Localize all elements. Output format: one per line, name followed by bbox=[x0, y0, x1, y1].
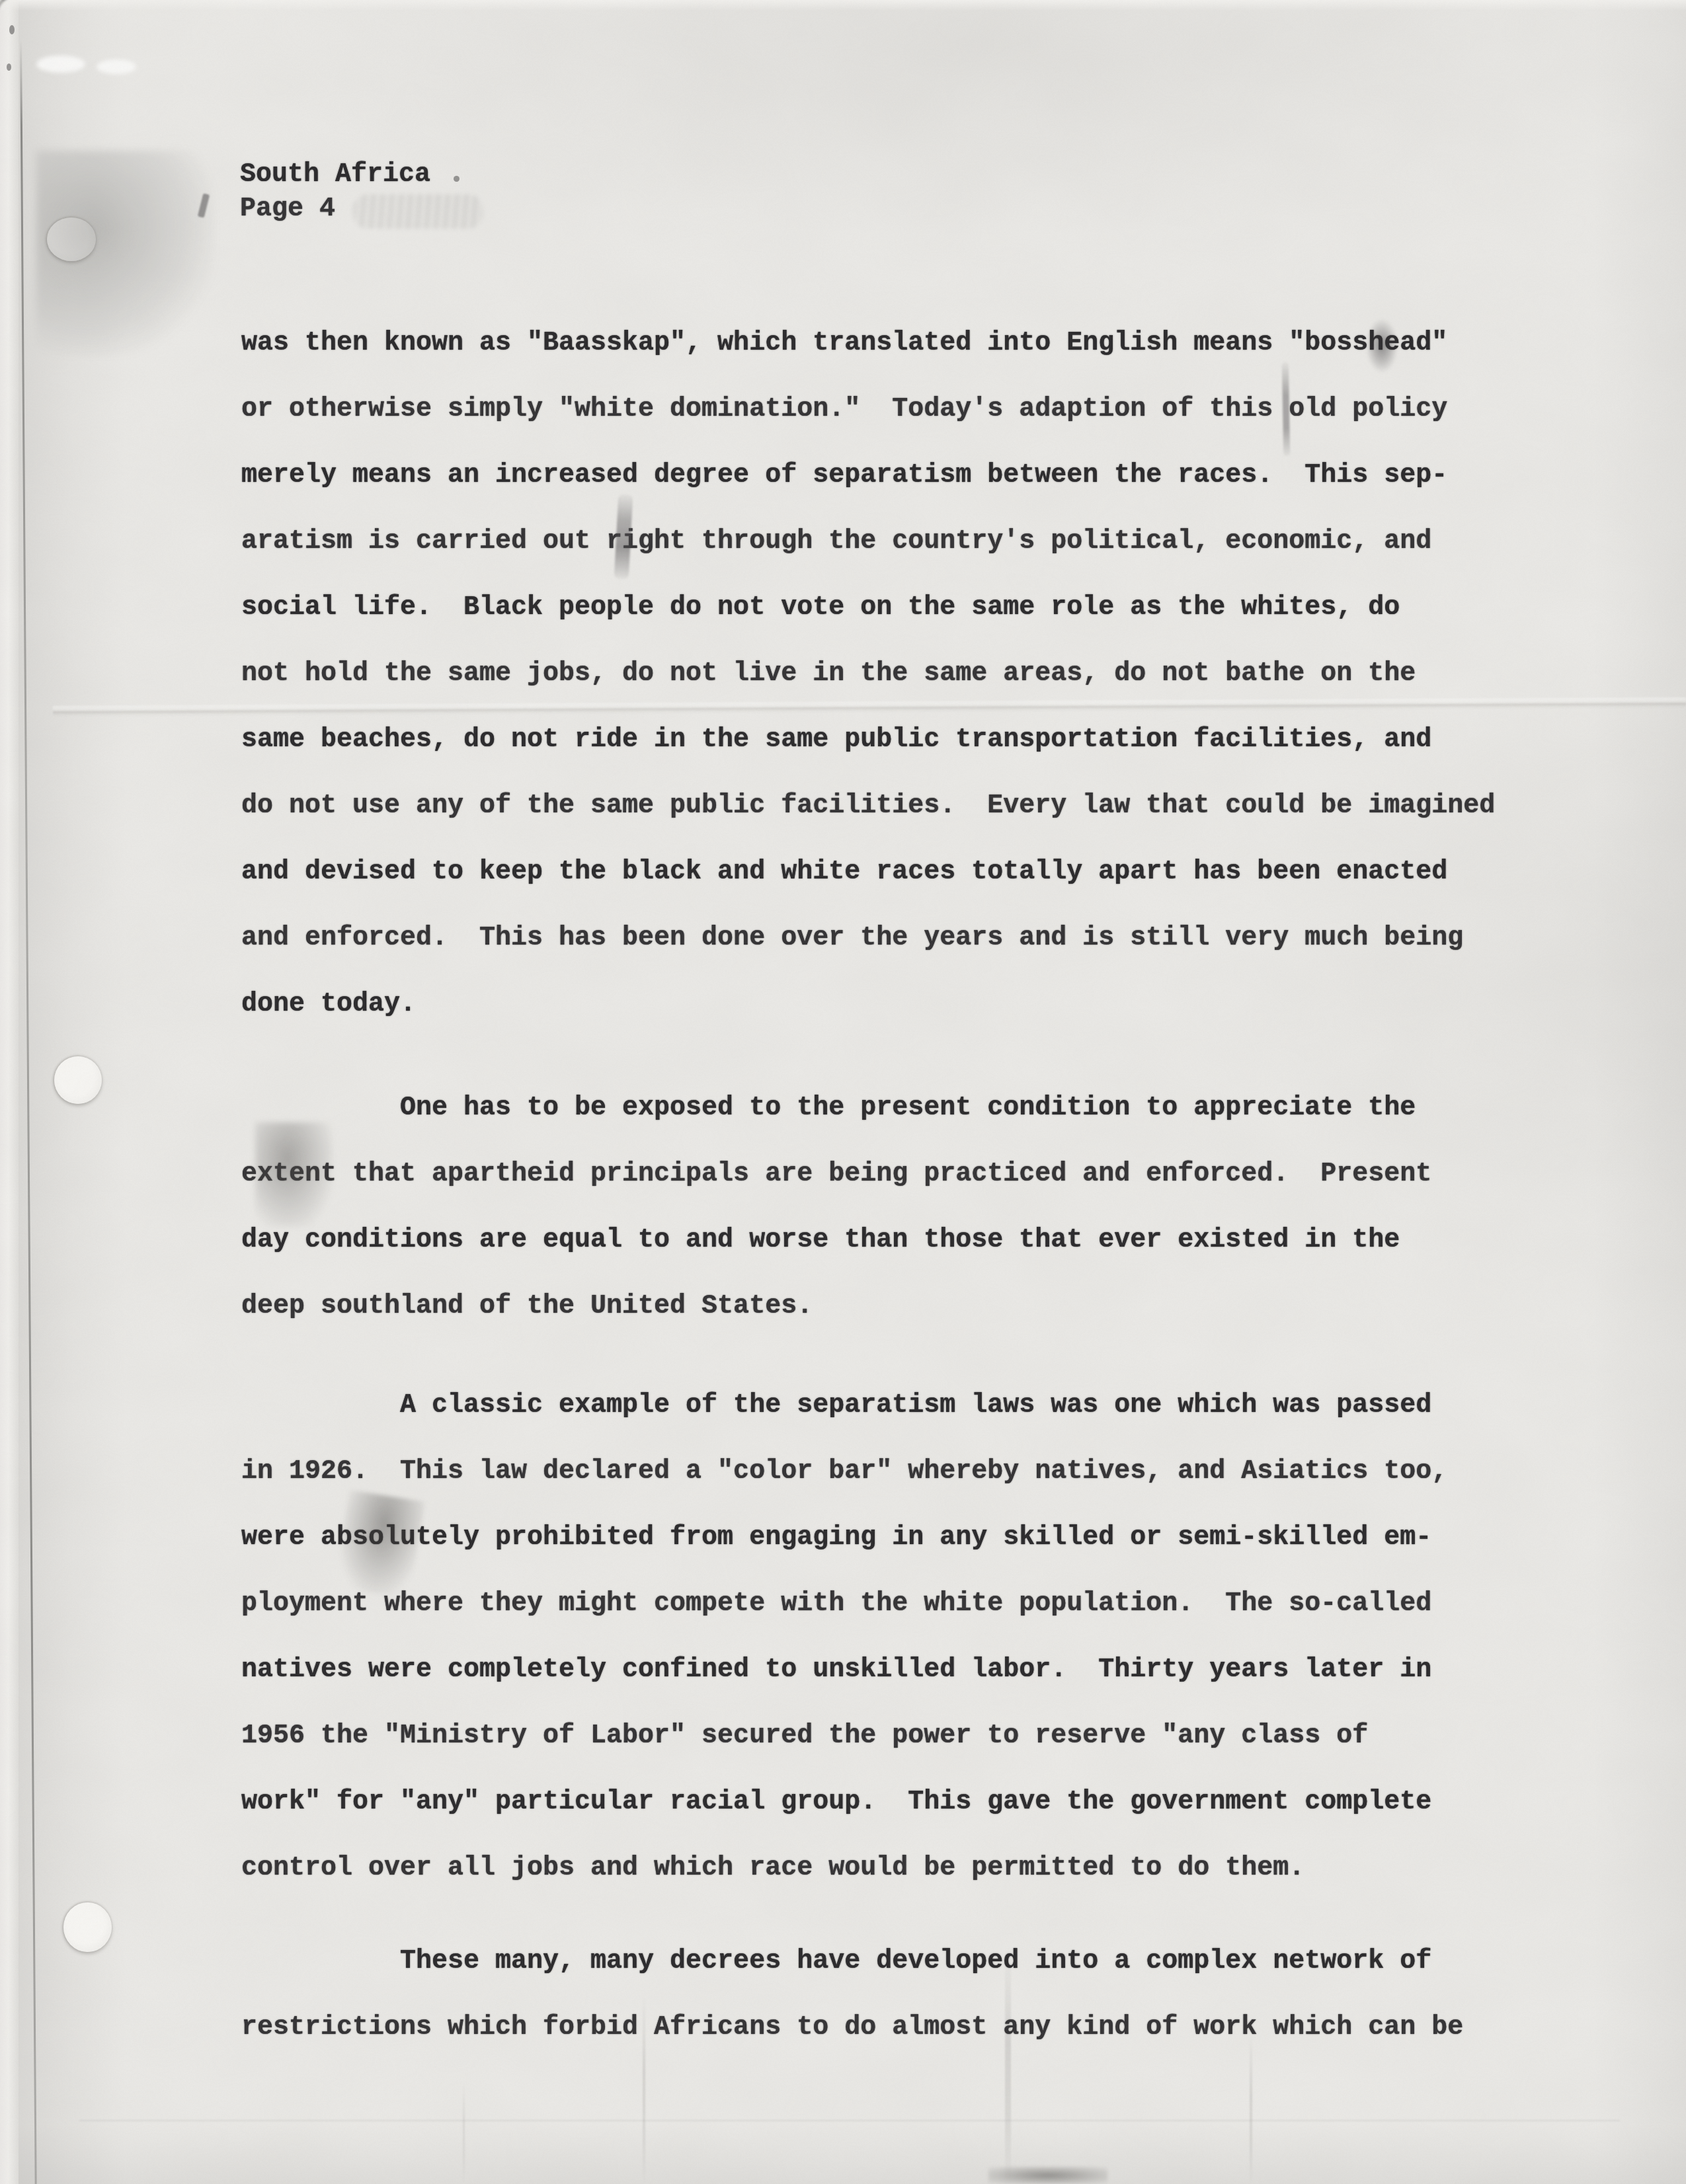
text-line: social life. Black people do not vote on… bbox=[241, 575, 1495, 641]
scanner-edge-strip bbox=[0, 0, 19, 2184]
document-page: South Africa Page 4 was then known as "B… bbox=[0, 0, 1686, 2184]
text-line: extent that apartheid principals are bei… bbox=[241, 1142, 1431, 1208]
text-line: control over all jobs and which race wou… bbox=[241, 1836, 1447, 1902]
text-line: ployment where they might compete with t… bbox=[241, 1571, 1447, 1637]
paragraph-4: These many, many decrees have developed … bbox=[241, 1929, 1463, 2061]
smudge-over-extent bbox=[255, 1122, 332, 1227]
crease-streak bbox=[463, 2082, 465, 2184]
text-line: in 1926. This law declared a "color bar"… bbox=[241, 1439, 1447, 1505]
text-line: same beaches, do not ride in the same pu… bbox=[241, 707, 1495, 773]
page-corner-shadow bbox=[0, 0, 46, 37]
smudge-over-absolutely bbox=[334, 1490, 425, 1598]
text-line: deep southland of the United States. bbox=[241, 1274, 1431, 1340]
paragraph-2: One has to be exposed to the present con… bbox=[241, 1075, 1431, 1340]
faint-scan-line bbox=[79, 2120, 1620, 2121]
toner-smudge-header bbox=[36, 151, 215, 356]
paragraph-1: was then known as "Baasskap", which tran… bbox=[241, 311, 1495, 1038]
text-line: natives were completely confined to unsk… bbox=[241, 1637, 1447, 1703]
text-line: done today. bbox=[241, 972, 1495, 1038]
ink-speck bbox=[454, 176, 460, 182]
text-line: These many, many decrees have developed … bbox=[241, 1929, 1463, 1995]
text-line: A classic example of the separatism laws… bbox=[241, 1373, 1447, 1439]
ink-speck bbox=[9, 25, 15, 34]
text-line: 1956 the "Ministry of Labor" secured the… bbox=[241, 1703, 1447, 1770]
header-page-number: Page 4 bbox=[240, 192, 430, 227]
hole-punch-middle bbox=[54, 1056, 102, 1104]
text-line: was then known as "Baasskap", which tran… bbox=[241, 311, 1495, 377]
text-line: do not use any of the same public facili… bbox=[241, 773, 1495, 839]
page-header: South Africa Page 4 bbox=[240, 158, 430, 227]
paragraph-3: A classic example of the separatism laws… bbox=[241, 1373, 1447, 1902]
tape-mark bbox=[36, 56, 85, 73]
text-line: day conditions are equal to and worse th… bbox=[241, 1208, 1431, 1274]
text-line: and devised to keep the black and white … bbox=[241, 839, 1495, 906]
text-line: merely means an increased degree of sepa… bbox=[241, 443, 1495, 509]
text-line: restrictions which forbid Africans to do… bbox=[241, 1995, 1463, 2061]
ink-blotch-over-bosshead bbox=[1366, 319, 1398, 373]
header-title: South Africa bbox=[240, 158, 430, 192]
hole-punch-bottom bbox=[63, 1902, 112, 1952]
tape-mark bbox=[97, 59, 136, 74]
text-line: and enforced. This has been done over th… bbox=[241, 906, 1495, 972]
scanner-top-strip bbox=[0, 0, 1686, 11]
page-edge-line bbox=[20, 40, 37, 2184]
text-line: or otherwise simply "white domination." … bbox=[241, 377, 1495, 443]
text-line: aratism is carried out right through the… bbox=[241, 509, 1495, 575]
text-line: not hold the same jobs, do not live in t… bbox=[241, 641, 1495, 707]
bottom-edge-smudge bbox=[988, 2167, 1107, 2184]
text-line: work" for "any" particular racial group.… bbox=[241, 1770, 1447, 1836]
text-line: One has to be exposed to the present con… bbox=[241, 1075, 1431, 1142]
ink-speck bbox=[7, 63, 11, 71]
